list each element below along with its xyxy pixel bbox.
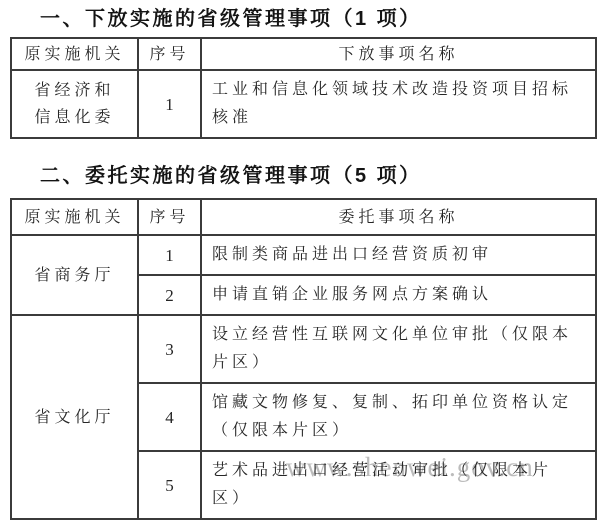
header-agency: 原实施机关 (11, 199, 138, 235)
table-row: 省经济和 信息化委 1 工业和信息化领域技术改造投资项目招标 核准 (11, 70, 596, 138)
document-page: 一、下放实施的省级管理事项（1 项） 原实施机关 序号 下放事项名称 省经济和 … (0, 0, 608, 528)
cell-agency: 省商务厅 (11, 235, 138, 315)
header-serial: 序号 (138, 199, 201, 235)
section2-title: 二、委托实施的省级管理事项（5 项） (40, 164, 422, 188)
cell-item: 工业和信息化领域技术改造投资项目招标 核准 (201, 70, 596, 138)
header-item-name: 委托事项名称 (201, 199, 596, 235)
section1-title: 一、下放实施的省级管理事项（1 项） (40, 7, 422, 31)
table-header-row: 原实施机关 序号 委托事项名称 (11, 199, 596, 235)
cell-item: 限制类商品进出口经营资质初审 (201, 235, 596, 275)
cell-serial: 5 (138, 451, 201, 519)
cell-serial: 3 (138, 315, 201, 383)
cell-item: 艺术品进出口经营活动审批（仅限本片 区） (201, 451, 596, 519)
table-header-row: 原实施机关 序号 下放事项名称 (11, 38, 596, 70)
header-item-name: 下放事项名称 (201, 38, 596, 70)
cell-agency: 省文化厅 (11, 315, 138, 519)
cell-serial: 1 (138, 235, 201, 275)
header-agency: 原实施机关 (11, 38, 138, 70)
header-serial: 序号 (138, 38, 201, 70)
cell-item: 馆藏文物修复、复制、拓印单位资格认定 （仅限本片区） (201, 383, 596, 451)
cell-item: 设立经营性互联网文化单位审批（仅限本 片区） (201, 315, 596, 383)
cell-item: 申请直销企业服务网点方案确认 (201, 275, 596, 315)
cell-serial: 4 (138, 383, 201, 451)
cell-serial: 1 (138, 70, 201, 138)
section2-table: 原实施机关 序号 委托事项名称 省商务厅 1 限制类商品进出口经营资质初审 2 … (10, 198, 597, 520)
table-row: 省文化厅 3 设立经营性互联网文化单位审批（仅限本 片区） (11, 315, 596, 383)
cell-agency: 省经济和 信息化委 (11, 70, 138, 138)
table-row: 省商务厅 1 限制类商品进出口经营资质初审 (11, 235, 596, 275)
section1-table: 原实施机关 序号 下放事项名称 省经济和 信息化委 1 工业和信息化领域技术改造… (10, 37, 597, 139)
cell-serial: 2 (138, 275, 201, 315)
